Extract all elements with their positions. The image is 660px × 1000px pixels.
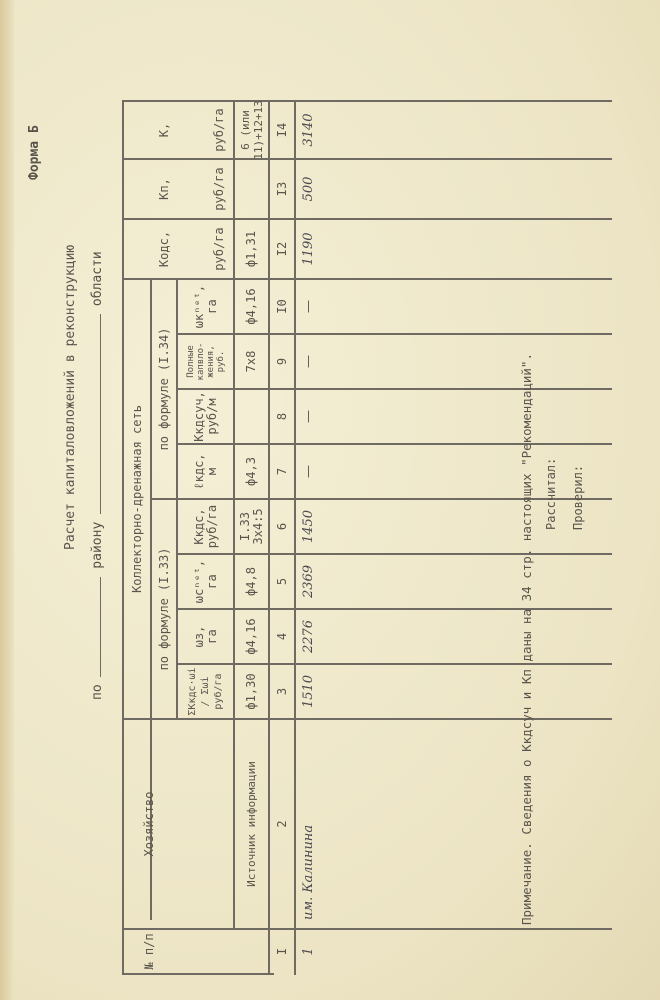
- index-14: I4: [270, 102, 294, 158]
- source-col14: 6 (или 11)+12+13: [235, 102, 268, 158]
- row-col9: —: [296, 335, 320, 388]
- col-farm-group: [122, 718, 612, 720]
- index-6: 6: [270, 500, 294, 553]
- row-col12: 1190: [296, 220, 320, 278]
- col7-header: ℓкдс,м: [178, 445, 233, 498]
- index-13: I3: [270, 160, 294, 218]
- source-col9: 7x8: [235, 335, 268, 388]
- source-col3: ф1,30: [235, 665, 268, 718]
- col-border-left: [122, 973, 274, 975]
- page-title: Расчет капиталовложений в реконструкцию: [64, 245, 77, 550]
- row-col3: 1510: [296, 665, 320, 718]
- col13-unit: руб/га: [206, 160, 233, 218]
- note-label: Примечание.: [519, 842, 534, 925]
- index-1: I: [270, 930, 294, 973]
- row-col13: 500: [296, 160, 320, 218]
- col6-header: Kкдс,руб/га: [178, 500, 233, 553]
- source-col8: [235, 390, 268, 443]
- index-12: I2: [270, 220, 294, 278]
- title-oblast: области: [90, 251, 105, 306]
- col12-unit: руб/га: [206, 220, 233, 278]
- row-col6: 1450: [296, 500, 320, 553]
- header-formula-134: по формуле (I.34): [152, 280, 176, 498]
- col10-header: ωкⁿᵉᵗ,га: [178, 280, 233, 333]
- index-9: 9: [270, 335, 294, 388]
- source-row-label: Источник информации: [235, 720, 268, 928]
- col5-header: ωсⁿᵉᵗ,га: [178, 555, 233, 608]
- header-group: Коллекторно-дренажная сеть: [124, 280, 150, 718]
- row-num: 1: [296, 930, 320, 973]
- row-col8: —: [296, 390, 320, 443]
- header-formula-133: по формуле (I.33): [152, 500, 176, 718]
- col9-header: Полные капвло-жения,руб.: [178, 335, 233, 388]
- row-col10: —: [296, 280, 320, 333]
- col4-header: ωз,га: [178, 610, 233, 663]
- title-po: по: [90, 684, 105, 700]
- document-page: Форма Б Расчет капиталовложений в реконс…: [0, 0, 660, 1000]
- title-line2: по району области: [90, 251, 105, 700]
- form-label: Форма Б: [28, 125, 41, 180]
- col8-header: Kкдсуч,руб/м: [178, 390, 233, 443]
- header-k-n: Kп,: [124, 160, 204, 218]
- region-blank: [100, 577, 101, 677]
- source-col6: I.33 3x4:5: [235, 500, 268, 553]
- col14-unit: руб/га: [206, 102, 233, 158]
- col3-header: ΣKкдс·ωi / Σωiруб/га: [178, 665, 233, 718]
- source-col5: ф4,8: [235, 555, 268, 608]
- header-k-odc: Kодс,: [124, 220, 204, 278]
- source-col7: ф4,3: [235, 445, 268, 498]
- note-text: Сведения о Kкдсуч и Kп даны на 34 стр. н…: [519, 353, 534, 835]
- index-7: 7: [270, 445, 294, 498]
- header-farm: Хозяйство: [124, 720, 174, 928]
- header-num: № п/п: [124, 930, 174, 973]
- index-5: 5: [270, 555, 294, 608]
- signature-checked: Проверил:: [572, 465, 585, 530]
- rotated-form: Форма Б Расчет капиталовложений в реконс…: [0, 0, 660, 1000]
- source-col12: ф1,31: [235, 220, 268, 278]
- note: Примечание. Сведения о Kкдсуч и Kп даны …: [520, 353, 533, 925]
- index-2: 2: [270, 720, 294, 928]
- row-col7: —: [296, 445, 320, 498]
- row-farm-name: им. Калинина: [296, 712, 320, 928]
- oblast-blank: [100, 314, 101, 514]
- col-num-farm: [122, 928, 612, 930]
- signature-calculated: Рассчитал:: [545, 458, 558, 530]
- source-col10: ф4,16: [235, 280, 268, 333]
- row-col5: 2369: [296, 555, 320, 608]
- title-rayon: району: [90, 522, 105, 569]
- header-k: K,: [124, 102, 204, 158]
- index-10: I0: [270, 280, 294, 333]
- index-3: 3: [270, 665, 294, 718]
- source-col4: ф4,16: [235, 610, 268, 663]
- row-col4: 2276: [296, 610, 320, 663]
- index-4: 4: [270, 610, 294, 663]
- row-col14: 3140: [296, 102, 320, 158]
- index-8: 8: [270, 390, 294, 443]
